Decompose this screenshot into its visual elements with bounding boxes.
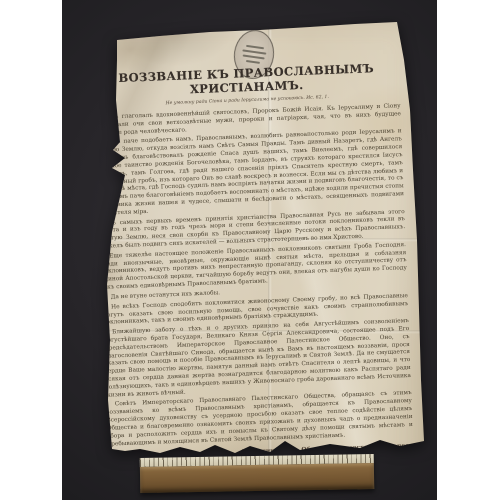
document-paragraph: Ближайшую заботу о тѣхъ и о другихъ прин… [103,318,411,400]
document-paragraph: Тѣмъ паче подобаетъ намъ, Православнымъ,… [96,129,405,219]
paper-shadow: ВОЗЗВАНІЕ КЪ ПРАВОСЛАВНЫМЪ ХРИСТІАНАМЪ. … [62,0,437,500]
document-sheet: ВОЗЗВАНІЕ КЪ ПРАВОСЛАВНЫМЪ ХРИСТІАНАМЪ. … [62,0,437,500]
ruler-wood-body [140,463,374,493]
document-body: Такъ глаголалъ вдохновеннѣйшій святослов… [95,103,414,449]
document-content: ВОЗЗВАНІЕ КЪ ПРАВОСЛАВНЫМЪ ХРИСТІАНАМЪ. … [92,32,415,500]
auction-photo: ВОЗЗВАНІЕ КЪ ПРАВОСЛАВНЫМЪ ХРИСТІАНАМЪ. … [62,0,437,500]
wooden-ruler [140,454,375,493]
document-paragraph: Совѣтъ Императорскаго Православнаго Пале… [106,390,414,449]
